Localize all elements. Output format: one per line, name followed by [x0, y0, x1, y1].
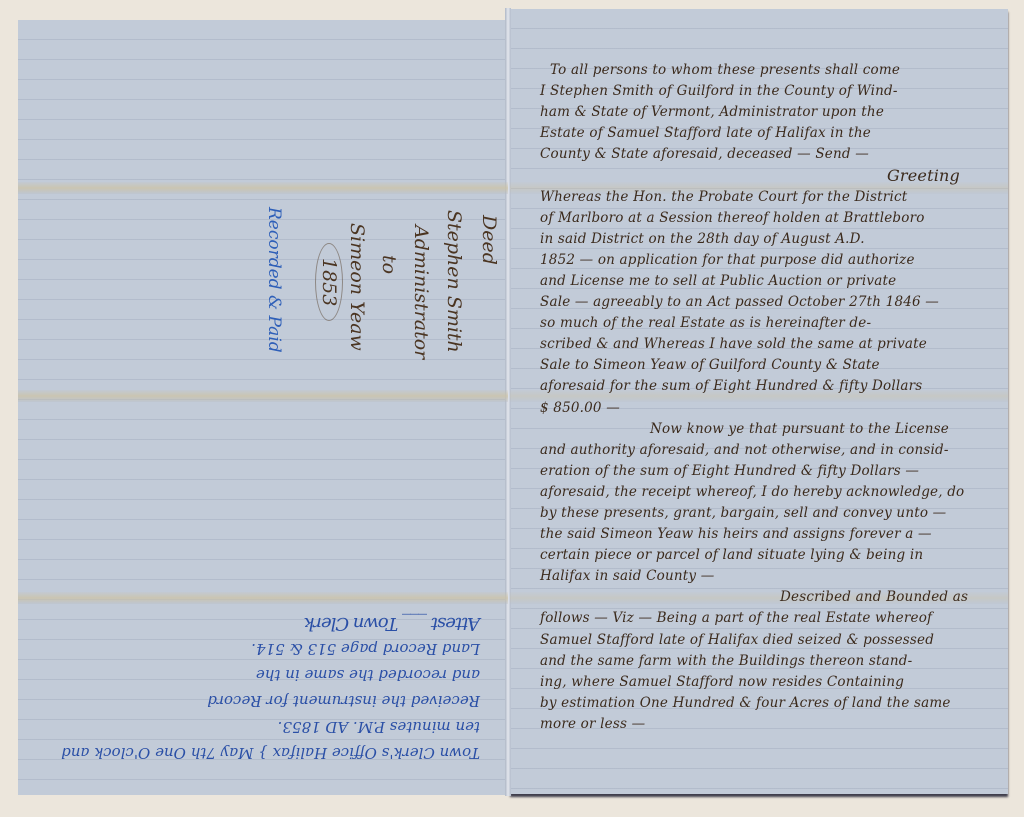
- deed-line: Halifax in said County —: [540, 566, 1000, 587]
- deed-line: the said Simeon Yeaw his heirs and assig…: [540, 524, 1000, 545]
- deed-line: Sale to Simeon Yeaw of Guilford County &…: [540, 355, 1000, 376]
- deed-line: Estate of Samuel Stafford late of Halifa…: [540, 123, 1000, 144]
- docket-role: Administrator: [410, 225, 432, 359]
- deed-line: Whereas the Hon. the Probate Court for t…: [540, 187, 1000, 208]
- recording-line: Land Record page 513 & 514.: [40, 636, 480, 662]
- recording-line: Received the instrument for Record: [40, 688, 480, 714]
- center-fold-crease: [505, 8, 511, 796]
- deed-salutation: To all persons to whom these presents sh…: [540, 60, 1000, 81]
- deed-line: and the same farm with the Buildings the…: [540, 651, 1000, 672]
- recording-line: and recorded the same in the: [40, 662, 480, 688]
- deed-line: 1852 — on application for that purpose d…: [540, 250, 1000, 271]
- deed-line: of Marlboro at a Session thereof holden …: [540, 208, 1000, 229]
- deed-line: Now know ye that pursuant to the License: [540, 419, 1000, 440]
- recording-certificate: Town Clerk's Office Halifax } May 7th On…: [40, 610, 480, 766]
- deed-amount: $ 850.00 —: [540, 398, 1000, 419]
- deed-line: Sale — agreeably to an Act passed Octobe…: [540, 292, 1000, 313]
- docket-endorsement: Deed Stephen Smith Administrator to Sime…: [260, 215, 520, 395]
- deed-line: eration of the sum of Eight Hundred & fi…: [540, 461, 1000, 482]
- deed-line: so much of the real Estate as is hereina…: [540, 313, 1000, 334]
- recording-line: Town Clerk's Office Halifax } May 7th On…: [40, 714, 480, 766]
- docket-grantee: Simeon Yeaw: [346, 223, 368, 351]
- deed-line: aforesaid for the sum of Eight Hundred &…: [540, 376, 1000, 397]
- docket-year: 1853: [315, 243, 343, 321]
- deed-line: I Stephen Smith of Guilford in the Count…: [540, 81, 1000, 102]
- deed-line: scribed & and Whereas I have sold the sa…: [540, 334, 1000, 355]
- docket-title: Deed: [478, 215, 500, 265]
- fold-line-3-left: [18, 592, 508, 604]
- deed-line: Samuel Stafford late of Halifax died sei…: [540, 630, 1000, 651]
- deed-line: by these presents, grant, bargain, sell …: [540, 503, 1000, 524]
- deed-line: and License me to sell at Public Auction…: [540, 271, 1000, 292]
- deed-body: To all persons to whom these presents sh…: [540, 60, 1000, 735]
- deed-greeting: Greeting: [540, 165, 1000, 186]
- deed-line: in said District on the 28th day of Augu…: [540, 229, 1000, 250]
- deed-line: certain piece or parcel of land situate …: [540, 545, 1000, 566]
- deed-line: and authority aforesaid, and not otherwi…: [540, 440, 1000, 461]
- deed-line: by estimation One Hundred & four Acres o…: [540, 693, 1000, 714]
- docket-recorded-note: Recorded & Paid: [264, 207, 284, 353]
- deed-line: follows — Viz — Being a part of the real…: [540, 608, 1000, 629]
- deed-line: ham & State of Vermont, Administrator up…: [540, 102, 1000, 123]
- recording-attest-signature: Attest ___ Town Clerk: [40, 610, 480, 636]
- deed-line: ing, where Samuel Stafford now resides C…: [540, 672, 1000, 693]
- fold-line-1-left: [18, 182, 508, 194]
- deed-described-heading: Described and Bounded as: [540, 587, 1000, 608]
- docket-connector: to: [378, 255, 400, 274]
- deed-line: aforesaid, the receipt whereof, I do her…: [540, 482, 1000, 503]
- deed-line: more or less —: [540, 714, 1000, 735]
- deed-line: County & State aforesaid, deceased — Sen…: [540, 144, 1000, 165]
- docket-grantor: Stephen Smith: [443, 210, 465, 353]
